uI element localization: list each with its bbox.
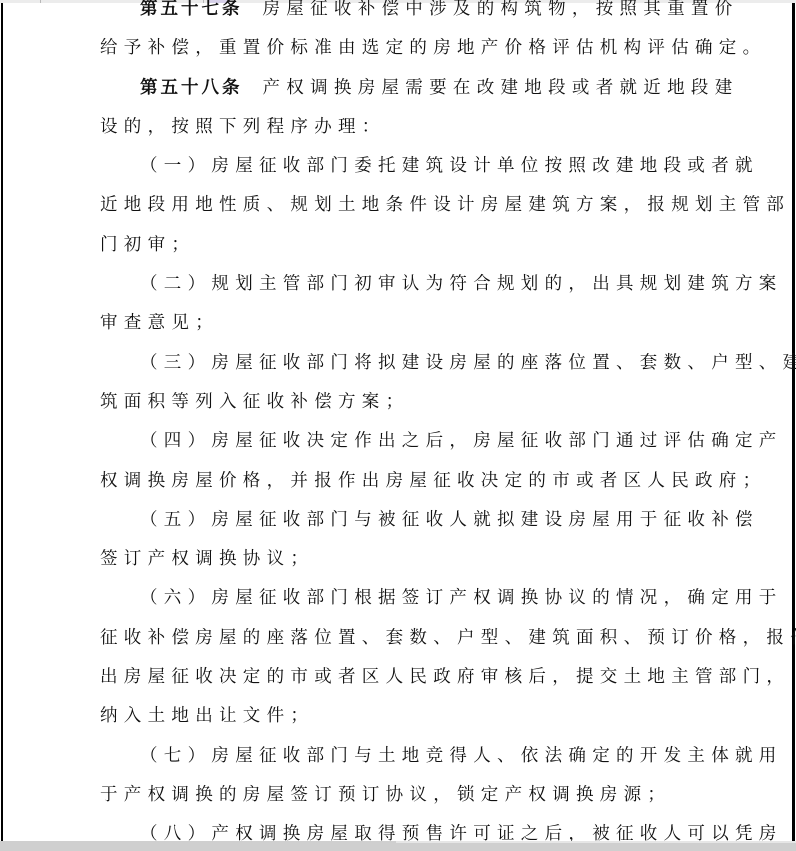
article-heading: 第五十八条 xyxy=(140,78,243,98)
line-text: （六）房屋征收部门根据签订产权调换协议的情况，确定用于 xyxy=(140,588,783,608)
page-border-left xyxy=(1,3,3,841)
text-line: （五）房屋征收部门与被征收人就拟建设房屋用于征收补偿 xyxy=(100,501,688,540)
text-line: 筑面积等列入征收补偿方案； xyxy=(100,383,688,422)
line-text: （三）房屋征收部门将拟建设房屋的座落位置、套数、户型、建 xyxy=(140,353,796,373)
text-line: 给予补偿，重置价标准由选定的房地产价格评估机构评估确定。 xyxy=(100,29,688,68)
line-text: （四）房屋征收决定作出之后，房屋征收部门通过评估确定产 xyxy=(140,431,783,451)
line-text: 权调换房屋价格，并报作出房屋征收决定的市或者区人民政府； xyxy=(100,471,766,491)
line-text: 纳入土地出让文件； xyxy=(100,706,314,726)
article-heading: 第五十七条 xyxy=(140,0,243,19)
viewer-bottom-strip xyxy=(0,841,796,851)
text-line: 出房屋征收决定的市或者区人民政府审核后，提交土地主管部门， xyxy=(100,658,688,697)
line-text: 近地段用地性质、规划土地条件设计房屋建筑方案，报规划主管部 xyxy=(100,195,790,215)
text-line: （四）房屋征收决定作出之后，房屋征收部门通过评估确定产 xyxy=(100,422,688,461)
text-line: 于产权调换的房屋签订预订协议，锁定产权调换房源； xyxy=(100,776,688,815)
line-text: （一）房屋征收部门委托建筑设计单位按照改建地段或者就 xyxy=(140,156,759,176)
page-border-right xyxy=(792,3,795,841)
text-line: 第五十七条房屋征收补偿中涉及的构筑物，按照其重置价 xyxy=(100,0,688,29)
text-line: （六）房屋征收部门根据签订产权调换协议的情况，确定用于 xyxy=(100,579,688,618)
line-text: 签订产权调换协议； xyxy=(100,549,314,569)
line-text: 设的，按照下列程序办理： xyxy=(100,117,386,137)
document-page: 第五十七条房屋征收补偿中涉及的构筑物，按照其重置价 给予补偿，重置价标准由选定的… xyxy=(100,0,688,851)
ruler-tick xyxy=(40,0,41,3)
line-text: 于产权调换的房屋签订预订协议，锁定产权调换房源； xyxy=(100,785,671,805)
line-text: 出房屋征收决定的市或者区人民政府审核后，提交土地主管部门， xyxy=(100,667,790,687)
line-text: （二）规划主管部门初审认为符合规划的，出具规划建筑方案 xyxy=(140,274,783,294)
text-line: 权调换房屋价格，并报作出房屋征收决定的市或者区人民政府； xyxy=(100,462,688,501)
text-line: 征收补偿房屋的座落位置、套数、户型、建筑面积、预订价格，报作 xyxy=(100,619,688,658)
line-text: 给予补偿，重置价标准由选定的房地产价格评估机构评估确定。 xyxy=(100,38,766,58)
text-line: 门初审； xyxy=(100,226,688,265)
text-line: （七）房屋征收部门与土地竞得人、依法确定的开发主体就用 xyxy=(100,737,688,776)
scroll-track[interactable] xyxy=(396,841,796,843)
line-text: 筑面积等列入征收补偿方案； xyxy=(100,392,409,412)
line-text: 征收补偿房屋的座落位置、套数、户型、建筑面积、预订价格，报作 xyxy=(100,628,796,648)
text-line: （一）房屋征收部门委托建筑设计单位按照改建地段或者就 xyxy=(100,147,688,186)
text-line: （三）房屋征收部门将拟建设房屋的座落位置、套数、户型、建 xyxy=(100,344,688,383)
text-line: 审查意见； xyxy=(100,304,688,343)
text-line: 第五十八条产权调换房屋需要在改建地段或者就近地段建 xyxy=(100,69,688,108)
line-text: 房屋征收补偿中涉及的构筑物，按照其重置价 xyxy=(263,0,739,19)
text-line: 签订产权调换协议； xyxy=(100,540,688,579)
line-text: 产权调换房屋需要在改建地段或者就近地段建 xyxy=(263,78,739,98)
text-line: 近地段用地性质、规划土地条件设计房屋建筑方案，报规划主管部 xyxy=(100,186,688,225)
line-text: （五）房屋征收部门与被征收人就拟建设房屋用于征收补偿 xyxy=(140,510,759,530)
text-line: 设的，按照下列程序办理： xyxy=(100,108,688,147)
line-text: 门初审； xyxy=(100,235,195,255)
text-line: （二）规划主管部门初审认为符合规划的，出具规划建筑方案 xyxy=(100,265,688,304)
line-text: （七）房屋征收部门与土地竞得人、依法确定的开发主体就用 xyxy=(140,746,783,766)
line-text: 审查意见； xyxy=(100,313,219,333)
text-line: 纳入土地出让文件； xyxy=(100,697,688,736)
